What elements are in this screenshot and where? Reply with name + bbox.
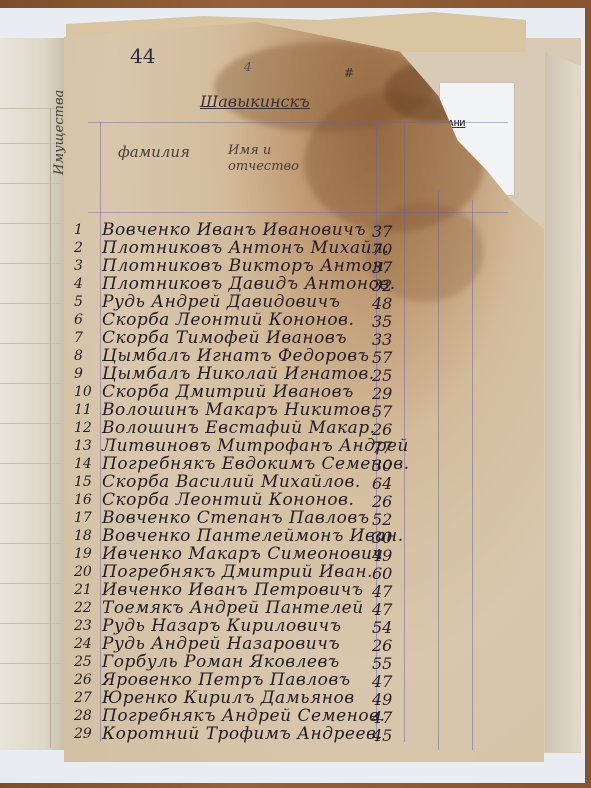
row-age: 47 xyxy=(372,582,392,601)
row-name: Горбуль Роман Яковлевъ xyxy=(102,652,340,672)
header-bottom-rule xyxy=(88,212,508,213)
row-number: 29 xyxy=(74,726,98,742)
row-number: 11 xyxy=(74,402,98,418)
row-number: 20 xyxy=(74,564,98,580)
row-age: 47 xyxy=(372,672,392,691)
row-number: 25 xyxy=(74,654,98,670)
register-row: 29Коротний Трофимъ Андреев.45 xyxy=(72,726,412,747)
row-number: 14 xyxy=(74,456,98,472)
row-name: Плотниковъ Викторъ Антон. xyxy=(102,256,390,276)
row-age: 35 xyxy=(372,312,392,331)
row-age: 60 xyxy=(372,564,392,583)
row-age: 26 xyxy=(372,492,392,511)
row-age: 33 xyxy=(372,330,392,349)
row-number: 9 xyxy=(74,366,98,382)
row-number: 10 xyxy=(74,384,98,400)
row-name: Скорба Леонтий Кононов. xyxy=(102,490,354,510)
row-number: 21 xyxy=(74,582,98,598)
corner-mark: # xyxy=(344,66,354,80)
row-name: Цымбалъ Игнатъ Федоровъ xyxy=(102,346,369,366)
row-age: 57 xyxy=(372,348,392,367)
torn-edge-sheet xyxy=(545,52,581,752)
page-number: 44 xyxy=(130,44,155,68)
side-header: Имущества xyxy=(52,90,67,175)
row-name: Плотниковъ Антонъ Михайл. xyxy=(102,238,389,258)
row-age: 49 xyxy=(372,546,392,565)
row-name: Рудь Андрей Давидовичъ xyxy=(102,292,340,312)
header-rule xyxy=(88,122,508,123)
row-name: Вовченко Иванъ Ивановичъ xyxy=(102,220,366,240)
row-name: Ивченко Иванъ Петровичъ xyxy=(102,580,364,600)
ledger-column-rule xyxy=(472,200,473,750)
row-age: 25 xyxy=(372,366,392,385)
row-name: Погребнякъ Андрей Семенов. xyxy=(102,706,385,726)
ledger-column-rule xyxy=(438,190,439,750)
row-number: 1 xyxy=(74,222,98,238)
row-name: Коротний Трофимъ Андреев. xyxy=(102,724,382,744)
row-number: 27 xyxy=(74,690,98,706)
row-number: 15 xyxy=(74,474,98,490)
row-number: 19 xyxy=(74,546,98,562)
row-name: Рудь Назаръ Кириловичъ xyxy=(102,616,341,636)
row-name: Литвиновъ Митрофанъ Андрей xyxy=(102,436,409,456)
row-number: 3 xyxy=(74,258,98,274)
row-name: Волошинъ Макаръ Никитов. xyxy=(102,400,377,420)
row-number: 12 xyxy=(74,420,98,436)
row-number: 4 xyxy=(74,276,98,292)
row-name: Скорба Тимофей Ивановъ xyxy=(102,328,347,348)
row-name: Волошинъ Евстафий Макар. xyxy=(102,418,376,438)
row-name: Вовченко Степанъ Павловъ xyxy=(102,508,370,528)
row-number: 18 xyxy=(74,528,98,544)
row-number: 22 xyxy=(74,600,98,616)
row-age: 48 xyxy=(372,294,392,313)
row-age: 47 xyxy=(372,600,392,619)
row-age: 30 xyxy=(372,456,392,475)
row-number: 16 xyxy=(74,492,98,508)
column-header-surname: фамилия xyxy=(118,143,190,161)
row-number: 28 xyxy=(74,708,98,724)
row-age: 55 xyxy=(372,654,392,673)
row-number: 24 xyxy=(74,636,98,652)
row-number: 13 xyxy=(74,438,98,454)
row-name: Яровенко Петръ Павловъ xyxy=(102,670,351,690)
village-name: Шавыкинскъ xyxy=(200,92,310,111)
column-header-name-patronymic: Имя и отчество xyxy=(228,143,318,175)
row-number: 5 xyxy=(74,294,98,310)
row-name: Скорба Дмитрий Ивановъ xyxy=(102,382,354,402)
row-number: 2 xyxy=(74,240,98,256)
row-name: Юренко Кирилъ Дамьянов xyxy=(102,688,355,708)
row-number: 8 xyxy=(74,348,98,364)
row-age: 64 xyxy=(372,474,392,493)
row-number: 7 xyxy=(74,330,98,346)
row-name: Вовченко Пантелеймонъ Иван. xyxy=(102,526,404,546)
row-age: 32 xyxy=(372,276,392,295)
row-name: Погребнякъ Евдокимъ Семенов. xyxy=(102,454,410,474)
row-name: Рудь Андрей Назаровичъ xyxy=(102,634,340,654)
row-age: 54 xyxy=(372,618,392,637)
row-number: 6 xyxy=(74,312,98,328)
row-name: Ивченко Макаръ Симеонович xyxy=(102,544,384,564)
row-number: 17 xyxy=(74,510,98,526)
row-name: Скорба Леонтий Кононов. xyxy=(102,310,354,330)
row-number: 23 xyxy=(74,618,98,634)
row-name: Скорба Василий Михайлов. xyxy=(102,472,361,492)
pencil-mark: 4 xyxy=(244,60,252,74)
row-name: Плотниковъ Давидъ Антонов. xyxy=(102,274,396,294)
row-age: 26 xyxy=(372,636,392,655)
row-name: Тоемякъ Андрей Пантелей xyxy=(102,598,364,618)
row-name: Цымбалъ Николай Игнатов. xyxy=(102,364,375,384)
row-name: Погребнякъ Дмитрий Иван. xyxy=(102,562,373,582)
row-age: 45 xyxy=(372,726,392,745)
row-number: 26 xyxy=(74,672,98,688)
